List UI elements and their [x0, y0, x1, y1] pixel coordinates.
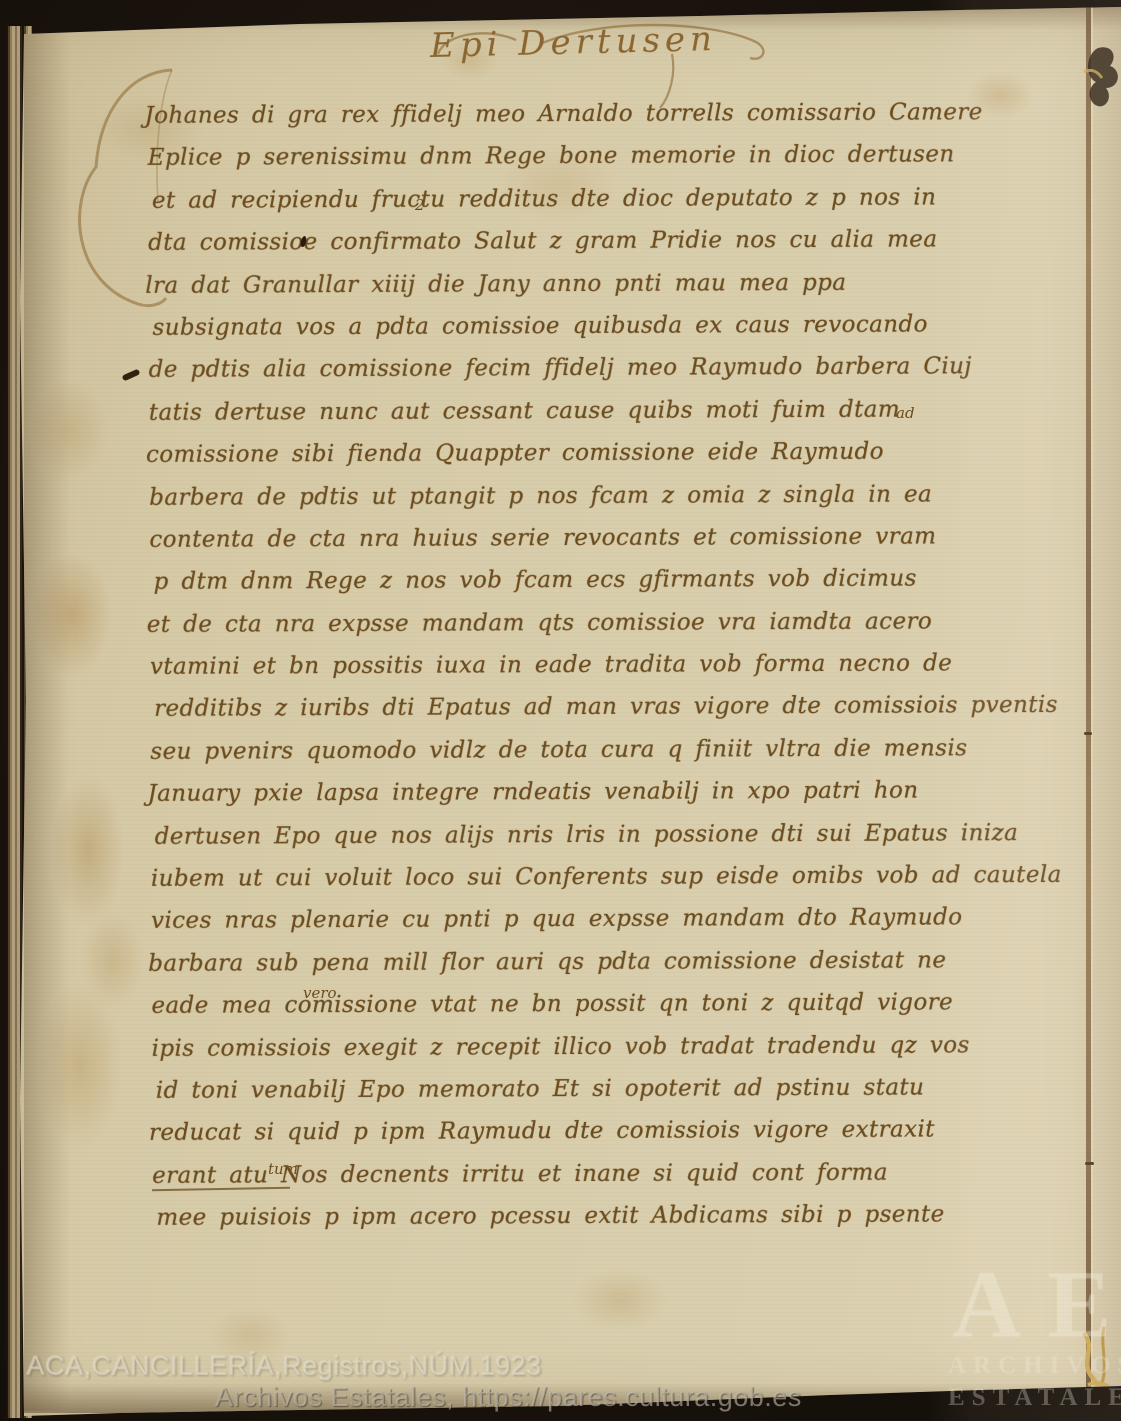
text-line: id toni venabilj Epo memorato Et si opot… — [156, 1074, 1012, 1120]
interlinear-addition: vero — [303, 984, 337, 1002]
text-line: seu pvenirs quomodo vidlz de tota cura q… — [150, 735, 1010, 781]
text-line: de pdtis alia comissione fecim ffidelj m… — [149, 353, 1009, 399]
binding-crease-highlight — [1091, 6, 1093, 1390]
watermark-text-archivos: ARCHIVOS — [948, 1352, 1121, 1380]
text-line: et de cta nra expsse mandam qts comissio… — [147, 608, 1010, 654]
text-line: vices nras plenarie cu pnti p qua expsse… — [151, 905, 1011, 951]
text-line: vtamini et bn possitis iuxa in eade trad… — [150, 650, 1010, 696]
watermark-letter-a: A — [952, 1256, 1021, 1352]
text-line: barbara sub pena mill flor auri qs pdta … — [148, 947, 1011, 993]
ink-blot — [122, 369, 141, 382]
interlinear-addition: tum — [268, 1160, 298, 1178]
superscript-note: 2 — [415, 196, 425, 214]
text-line: subsignata vos a pdta comissioe quibusda… — [152, 311, 1008, 357]
text-line: contenta de cta nra huius serie revocant… — [149, 523, 1009, 569]
archive-credit: Archivos Estatales, https://pares.cultur… — [215, 1382, 802, 1413]
interlinear-addition: ad — [896, 404, 915, 422]
text-line: eade mea comissione vtat ne bn possit qn… — [151, 989, 1011, 1035]
text-line: comissione sibi fienda Quappter comissio… — [146, 438, 1009, 484]
text-line: lra dat Granullar xiiij die Jany anno pn… — [145, 269, 1008, 315]
text-line: reducat si quid p ipm Raymudu dte comiss… — [149, 1116, 1012, 1162]
page-heading: Epi Dertusen — [430, 18, 761, 66]
text-line: ipis comissiois exegit z recepit illico … — [152, 1032, 1012, 1078]
text-line: Eplice p serenissimu dnm Rege bone memor… — [148, 142, 1008, 188]
text-line: tatis dertuse nunc aut cessant cause qui… — [149, 396, 1009, 442]
watermark-letter-e: E — [1047, 1256, 1111, 1352]
binding-mark — [1084, 732, 1092, 735]
text-line: January pxie lapsa integre rndeatis vena… — [147, 777, 1010, 823]
text-line: Johanes di gra rex ffidelj meo Arnaldo t… — [145, 99, 1008, 145]
watermark-logo: A E — [952, 1256, 1111, 1352]
text-line: dta comissioe confirmato Salut z gram Pr… — [148, 226, 1008, 272]
manuscript-text-block: Johanes di gra rex ffidelj meo Arnaldo t… — [148, 99, 1013, 1247]
binding-mark — [1085, 1162, 1094, 1165]
text-line: p dtm dnm Rege z nos vob fcam ecs gfirma… — [154, 565, 1010, 611]
manuscript-photo: Epi Dertusen Johanes di gra rex ffidelj … — [0, 0, 1121, 1421]
text-line: barbera de pdtis ut ptangit p nos fcam z… — [149, 481, 1009, 527]
watermark-text-estatales: ESTATALES — [948, 1384, 1121, 1412]
text-line: redditibs z iuribs dti Epatus ad man vra… — [154, 693, 1010, 739]
text-line: mee puisiois p ipm acero pcessu extit Ab… — [156, 1201, 1012, 1247]
archive-reference: ACA,CANCILLERÍA,Registros,NÚM.1923 — [26, 1350, 541, 1381]
binding-hole-top — [1078, 42, 1121, 122]
text-line: iubem ut cui voluit loco sui Conferents … — [151, 862, 1011, 908]
text-line: et ad recipiendu fructu redditus dte dio… — [152, 184, 1008, 230]
text-line: dertusen Epo que nos alijs nris lris in … — [155, 820, 1011, 866]
manuscript-page: Epi Dertusen Johanes di gra rex ffidelj … — [0, 0, 1121, 1421]
